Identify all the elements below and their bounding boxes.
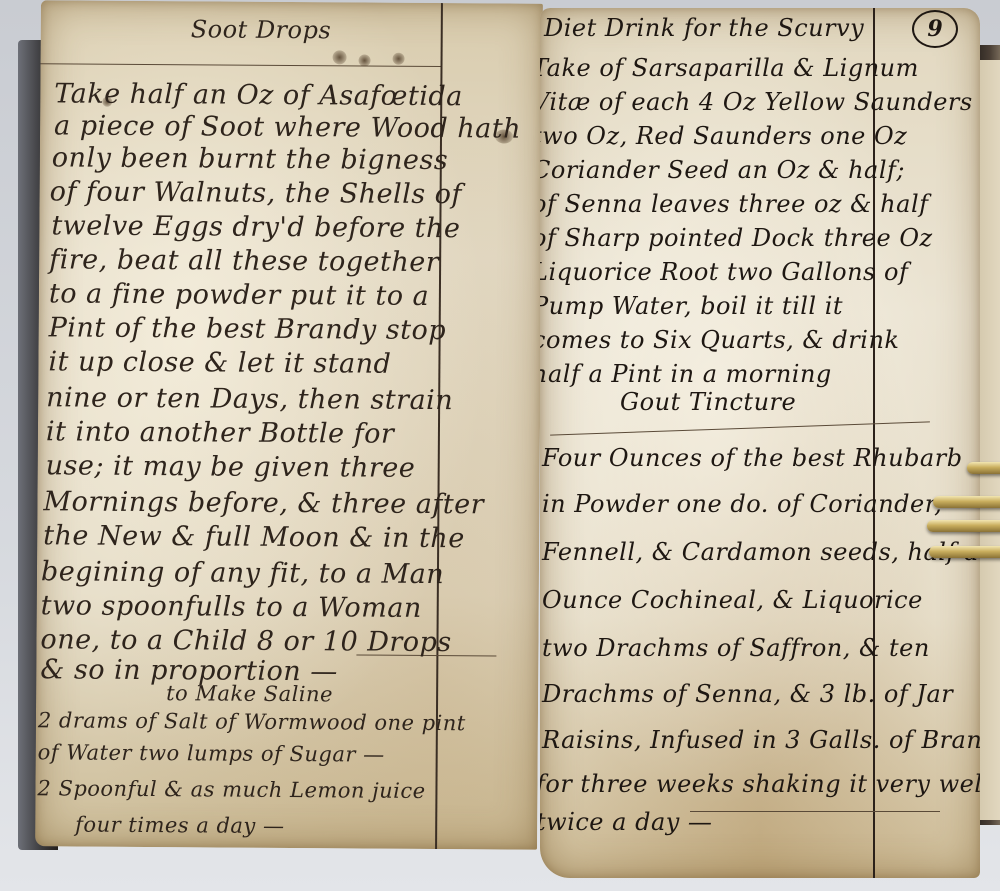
text-line: Fennell, & Cardamon seeds, half an — [542, 538, 980, 566]
text-line: Four Ounces of the best Rhubarb — [542, 444, 963, 472]
text-line: only been burnt the bigness — [52, 142, 449, 176]
page-number: 9 — [912, 10, 958, 48]
text-line: nine or ten Days, then strain — [46, 382, 453, 416]
text-line: Take of Sarsaparilla & Lignum — [540, 54, 919, 82]
text-line: one, to a Child 8 or 10 Drops — [40, 624, 451, 658]
text-line: Drachms of Senna, & 3 lb. of Jar — [542, 680, 953, 708]
text-line: Pint of the best Brandy stop — [49, 312, 447, 346]
recipe-title: Diet Drink for the Scurvy — [544, 14, 864, 42]
text-line: for three weeks shaking it very well — [540, 770, 980, 798]
clip-prong — [933, 496, 1000, 508]
text-line: in Powder one do. of Coriander, — [542, 490, 942, 518]
text-line: Ounce Cochineal, & Liquorice — [542, 586, 923, 614]
clip-prong — [929, 546, 1000, 558]
clip-prong — [927, 520, 1000, 532]
text-line: twelve Eggs dry'd before the — [51, 210, 460, 244]
ink-blot — [333, 50, 347, 64]
text-line: the New & full Moon & in the — [43, 520, 465, 554]
text-line: Vitæ of each 4 Oz Yellow Saunders — [540, 88, 973, 116]
text-line: comes to Six Quarts, & drink — [540, 326, 899, 354]
text-line: two Oz, Red Saunders one Oz — [540, 122, 907, 150]
text-line: of Senna leaves three oz & half — [540, 190, 929, 218]
clip-prong — [967, 462, 1000, 474]
recipe-title: Soot Drops — [191, 15, 332, 44]
text-line: of four Walnuts, the Shells of — [50, 176, 463, 210]
right-page: 9 Diet Drink for the Scurvy Take of Sars… — [540, 8, 980, 878]
text-line: twice a day — — [540, 808, 712, 836]
text-line: Pump Water, boil it till it — [540, 292, 843, 320]
recipe-title: to Make Saline — [166, 681, 333, 706]
ink-blot — [393, 53, 405, 65]
left-page: Soot Drops Take half an Oz of Asafœtida … — [35, 0, 543, 849]
ink-blot — [359, 54, 371, 66]
text-line: half a Pint in a morning — [540, 360, 832, 388]
text-line: Take half an Oz of Asafœtida — [54, 78, 463, 112]
text-line: two spoonfulls to a Woman — [41, 590, 422, 624]
recipe-title: Gout Tincture — [620, 388, 796, 416]
text-line: a piece of Soot where Wood hath — [54, 110, 521, 144]
title-underline — [41, 63, 441, 67]
text-line: fire, beat all these together — [49, 244, 439, 278]
text-line: it into another Bottle for — [46, 416, 395, 449]
text-line: Mornings before, & three after — [43, 486, 484, 520]
text-line: 2 drams of Salt of Wormwood one pint — [38, 708, 466, 735]
text-line: use; it may be given three — [46, 450, 416, 484]
text-line: Liquorice Root two Gallons of — [540, 258, 908, 286]
text-line: of Water two lumps of Sugar — — [38, 740, 385, 766]
text-line: 2 Spoonful & as much Lemon juice — [37, 776, 425, 803]
text-line: two Drachms of Saffron, & ten — [542, 634, 930, 662]
text-line: Coriander Seed an Oz & half; — [540, 156, 905, 184]
text-line: four times a day — — [75, 813, 284, 838]
text-line: of Sharp pointed Dock three Oz — [540, 224, 933, 252]
text-line: begining of any fit, to a Man — [41, 556, 444, 590]
text-line: it up close & let it stand — [48, 346, 391, 379]
recipe-end-line — [690, 811, 940, 812]
text-line: Raisins, Infused in 3 Galls. of Brandy — [542, 726, 980, 754]
brass-page-clip — [925, 462, 1000, 562]
text-line: to a fine powder put it to a — [49, 278, 430, 312]
